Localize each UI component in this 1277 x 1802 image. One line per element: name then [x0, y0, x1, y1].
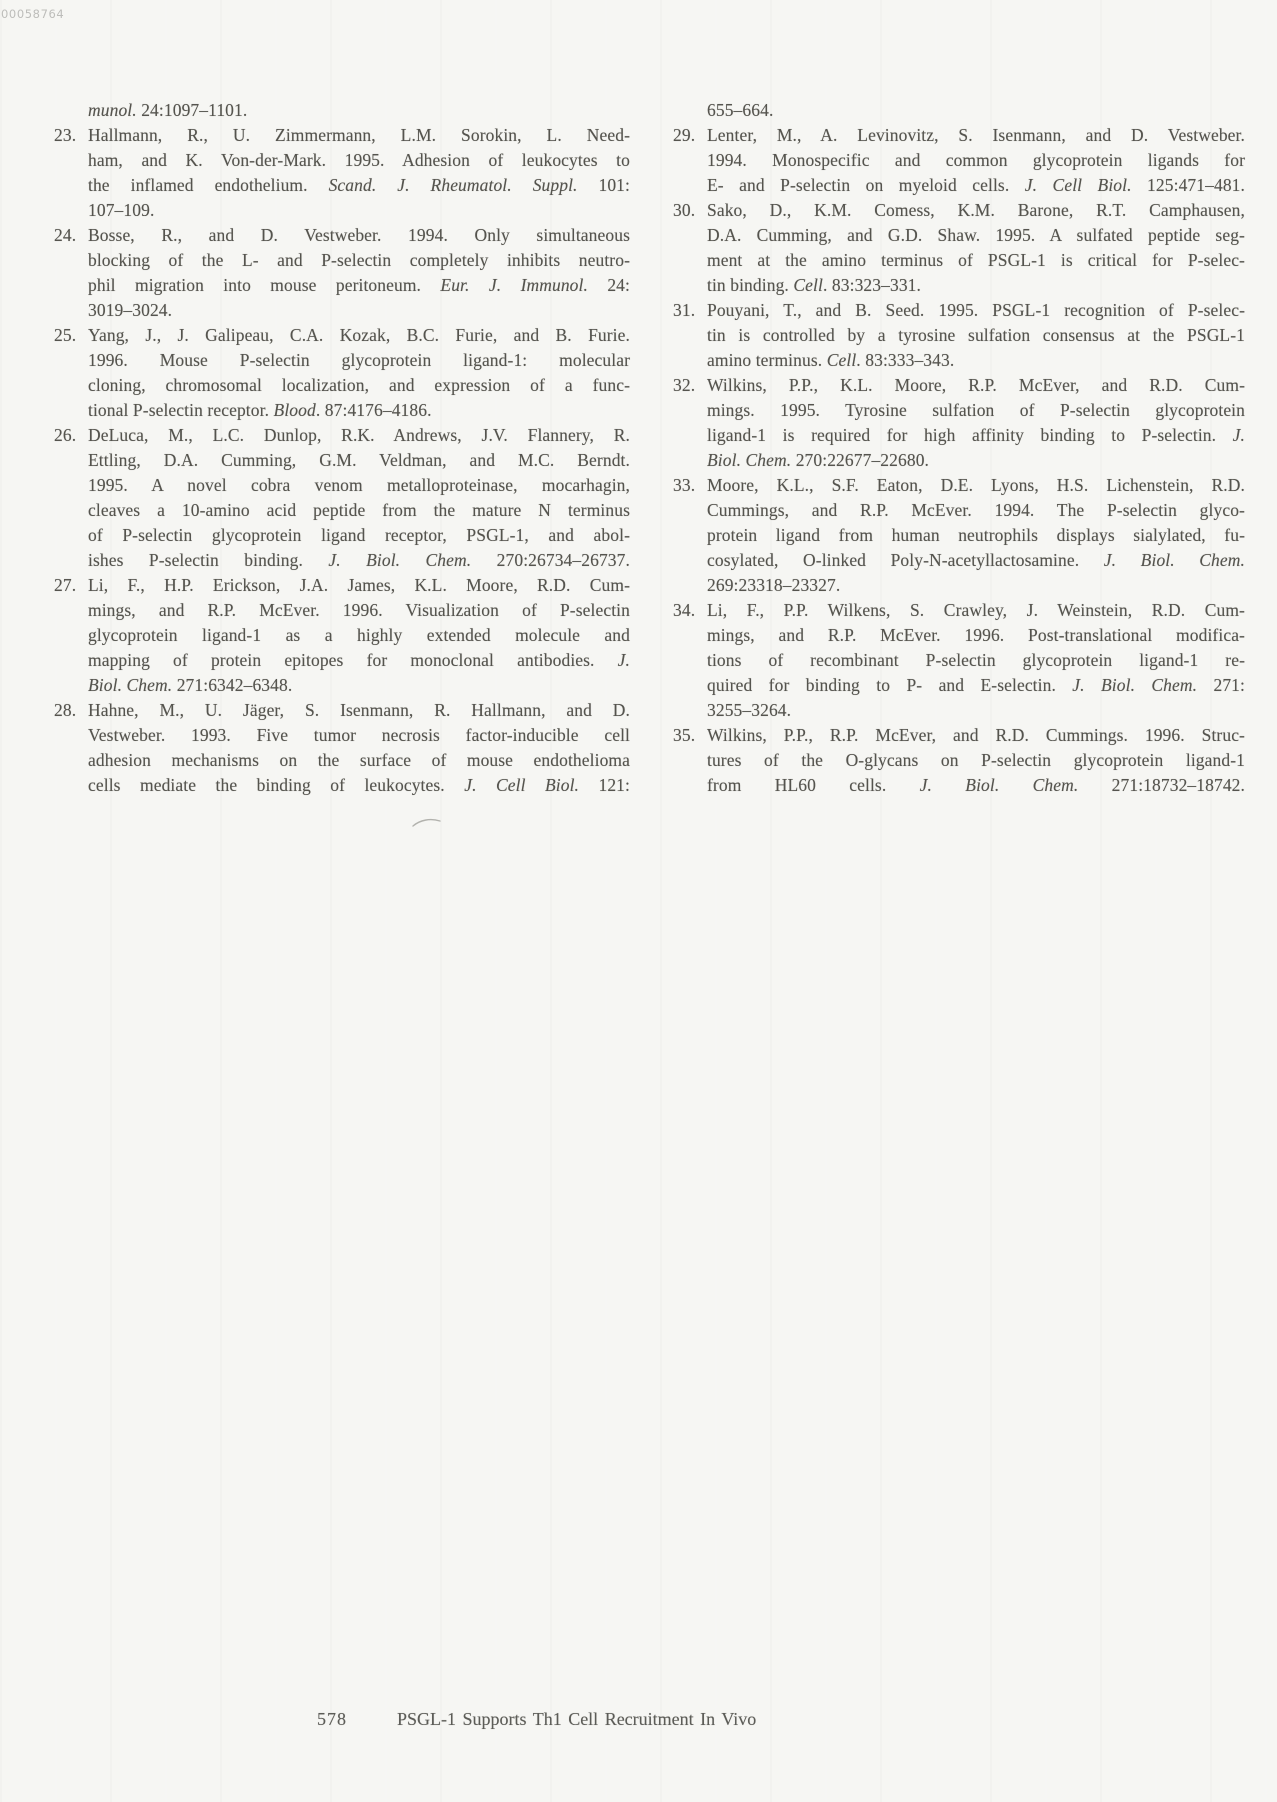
reference-number: 23.	[54, 123, 76, 148]
reference-line: Vestweber. 1993. Five tumor necrosis fac…	[88, 723, 630, 748]
reference-line: Biol. Chem. 271:6342–6348.	[88, 673, 630, 698]
reference-number: 34.	[673, 598, 695, 623]
reference-line: mings. 1995. Tyrosine sulfation of P-sel…	[707, 398, 1245, 423]
reference-line: Ettling, D.A. Cumming, G.M. Veldman, and…	[88, 448, 630, 473]
reference-line: ment at the amino terminus of PSGL-1 is …	[707, 248, 1245, 273]
reference-line: 3255–3264.	[707, 698, 1245, 723]
reference-line: mings, and R.P. McEver. 1996. Visualizat…	[88, 598, 630, 623]
reference-line: tin binding. Cell. 83:323–331.	[707, 273, 1245, 298]
reference-line: 655–664.	[707, 98, 1245, 123]
reference-line: 269:23318–23327.	[707, 573, 1245, 598]
reference-line: Wilkins, P.P., R.P. McEver, and R.D. Cum…	[707, 723, 1245, 748]
reference-number: 24.	[54, 223, 76, 248]
references-column-left: munol. 24:1097–1101.23.Hallmann, R., U. …	[54, 98, 630, 798]
reference-line: Sako, D., K.M. Comess, K.M. Barone, R.T.…	[707, 198, 1245, 223]
reference-line: cleaves a 10-amino acid peptide from the…	[88, 498, 630, 523]
scanned-paper-page: { "page": { "kind": "journal reference p…	[0, 0, 1277, 1802]
reference-line: Wilkins, P.P., K.L. Moore, R.P. McEver, …	[707, 373, 1245, 398]
reference-number: 27.	[54, 573, 76, 598]
reference-line: phil migration into mouse peritoneum. Eu…	[88, 273, 630, 298]
reference-number: 32.	[673, 373, 695, 398]
reference-number: 35.	[673, 723, 695, 748]
reference-number: 26.	[54, 423, 76, 448]
reference-line: quired for binding to P- and E-selectin.…	[707, 673, 1245, 698]
reference-line: the inflamed endothelium. Scand. J. Rheu…	[88, 173, 630, 198]
reference-line: 107–109.	[88, 198, 630, 223]
reference-line: tin is controlled by a tyrosine sulfatio…	[707, 323, 1245, 348]
reference-item: 30.Sako, D., K.M. Comess, K.M. Barone, R…	[673, 198, 1245, 298]
reference-line: Hallmann, R., U. Zimmermann, L.M. Soroki…	[88, 123, 630, 148]
reference-line: protein ligand from human neutrophils di…	[707, 523, 1245, 548]
reference-line: tions of recombinant P-selectin glycopro…	[707, 648, 1245, 673]
reference-line: Biol. Chem. 270:22677–22680.	[707, 448, 1245, 473]
reference-line: Moore, K.L., S.F. Eaton, D.E. Lyons, H.S…	[707, 473, 1245, 498]
reference-number: 31.	[673, 298, 695, 323]
reference-line: of P-selectin glycoprotein ligand recept…	[88, 523, 630, 548]
reference-line: cosylated, O-linked Poly-N-acetyllactosa…	[707, 548, 1245, 573]
reference-line: Pouyani, T., and B. Seed. 1995. PSGL-1 r…	[707, 298, 1245, 323]
reference-continuation: munol. 24:1097–1101.	[54, 98, 630, 123]
reference-line: glycoprotein ligand-1 as a highly extend…	[88, 623, 630, 648]
reference-number: 28.	[54, 698, 76, 723]
reference-line: ligand-1 is required for high affinity b…	[707, 423, 1245, 448]
reference-item: 25.Yang, J., J. Galipeau, C.A. Kozak, B.…	[54, 323, 630, 423]
scan-watermark-number: 00058764	[1, 7, 64, 21]
reference-line: ham, and K. Von-der-Mark. 1995. Adhesion…	[88, 148, 630, 173]
reference-line: 1996. Mouse P-selectin glycoprotein liga…	[88, 348, 630, 373]
page-footer: 578 PSGL-1 Supports Th1 Cell Recruitment…	[0, 1709, 1277, 1735]
reference-line: mings, and R.P. McEver. 1996. Post-trans…	[707, 623, 1245, 648]
reference-item: 27.Li, F., H.P. Erickson, J.A. James, K.…	[54, 573, 630, 698]
reference-line: Lenter, M., A. Levinovitz, S. Isenmann, …	[707, 123, 1245, 148]
reference-line: amino terminus. Cell. 83:333–343.	[707, 348, 1245, 373]
reference-line: adhesion mechanisms on the surface of mo…	[88, 748, 630, 773]
reference-line: E- and P-selectin on myeloid cells. J. C…	[707, 173, 1245, 198]
reference-line: DeLuca, M., L.C. Dunlop, R.K. Andrews, J…	[88, 423, 630, 448]
reference-line: tional P-selectin receptor. Blood. 87:41…	[88, 398, 630, 423]
reference-line: cells mediate the binding of leukocytes.…	[88, 773, 630, 798]
page-number: 578	[317, 1709, 347, 1730]
reference-item: 33.Moore, K.L., S.F. Eaton, D.E. Lyons, …	[673, 473, 1245, 598]
reference-line: from HL60 cells. J. Biol. Chem. 271:1873…	[707, 773, 1245, 798]
reference-line: Cummings, and R.P. McEver. 1994. The P-s…	[707, 498, 1245, 523]
reference-line: mapping of protein epitopes for monoclon…	[88, 648, 630, 673]
reference-line: D.A. Cumming, and G.D. Shaw. 1995. A sul…	[707, 223, 1245, 248]
reference-line: Li, F., H.P. Erickson, J.A. James, K.L. …	[88, 573, 630, 598]
reference-number: 30.	[673, 198, 695, 223]
reference-number: 29.	[673, 123, 695, 148]
reference-item: 31.Pouyani, T., and B. Seed. 1995. PSGL-…	[673, 298, 1245, 373]
reference-line: tures of the O-glycans on P-selectin gly…	[707, 748, 1245, 773]
references-column-right: 655–664.29.Lenter, M., A. Levinovitz, S.…	[673, 98, 1245, 798]
reference-line: munol. 24:1097–1101.	[88, 98, 630, 123]
reference-line: ishes P-selectin binding. J. Biol. Chem.…	[88, 548, 630, 573]
running-title: PSGL-1 Supports Th1 Cell Recruitment In …	[397, 1709, 756, 1730]
reference-number: 33.	[673, 473, 695, 498]
reference-line: 1995. A novel cobra venom metalloprotein…	[88, 473, 630, 498]
reference-line: blocking of the L- and P-selectin comple…	[88, 248, 630, 273]
reference-item: 32.Wilkins, P.P., K.L. Moore, R.P. McEve…	[673, 373, 1245, 473]
reference-item: 35.Wilkins, P.P., R.P. McEver, and R.D. …	[673, 723, 1245, 798]
pen-mark-icon	[410, 814, 444, 837]
reference-line: cloning, chromosomal localization, and e…	[88, 373, 630, 398]
reference-line: Hahne, M., U. Jäger, S. Isenmann, R. Hal…	[88, 698, 630, 723]
reference-line: Li, F., P.P. Wilkens, S. Crawley, J. Wei…	[707, 598, 1245, 623]
reference-item: 34.Li, F., P.P. Wilkens, S. Crawley, J. …	[673, 598, 1245, 723]
reference-number: 25.	[54, 323, 76, 348]
reference-line: 3019–3024.	[88, 298, 630, 323]
reference-continuation: 655–664.	[673, 98, 1245, 123]
reference-item: 26.DeLuca, M., L.C. Dunlop, R.K. Andrews…	[54, 423, 630, 573]
reference-item: 23.Hallmann, R., U. Zimmermann, L.M. Sor…	[54, 123, 630, 223]
reference-item: 29.Lenter, M., A. Levinovitz, S. Isenman…	[673, 123, 1245, 198]
reference-item: 24.Bosse, R., and D. Vestweber. 1994. On…	[54, 223, 630, 323]
reference-line: Bosse, R., and D. Vestweber. 1994. Only …	[88, 223, 630, 248]
reference-line: Yang, J., J. Galipeau, C.A. Kozak, B.C. …	[88, 323, 630, 348]
reference-item: 28.Hahne, M., U. Jäger, S. Isenmann, R. …	[54, 698, 630, 798]
reference-line: 1994. Monospecific and common glycoprote…	[707, 148, 1245, 173]
